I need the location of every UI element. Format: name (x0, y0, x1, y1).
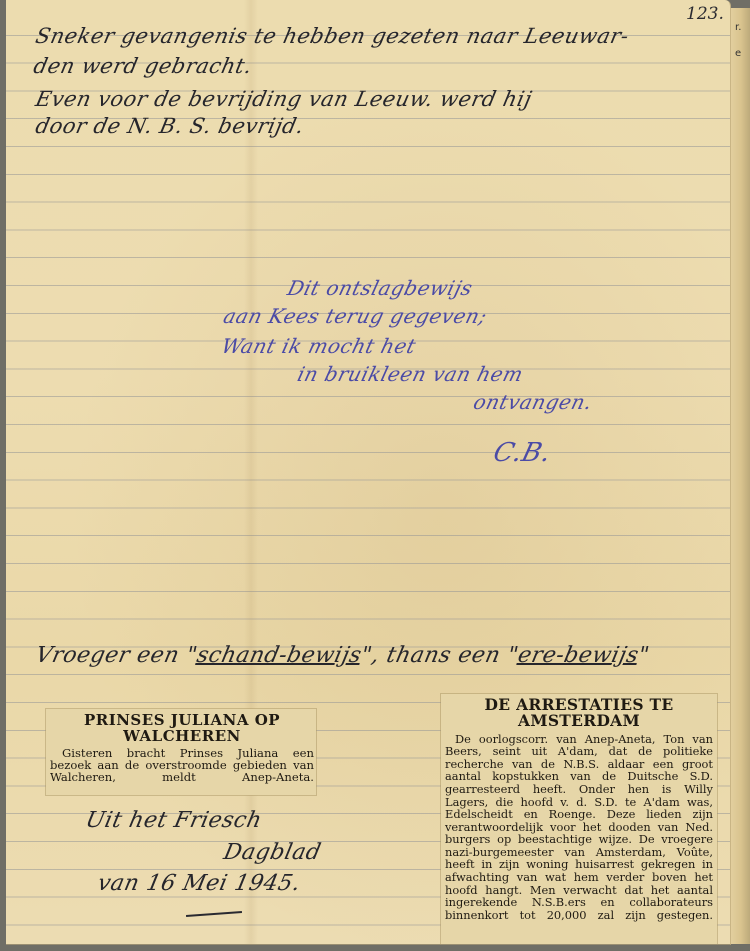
edge-mark: r. (735, 22, 741, 33)
paper-fold (244, 0, 258, 944)
motto-middle: ", thans een " (359, 643, 521, 668)
motto-line: Vroeger een "schand-bewijs", thans een "… (33, 643, 651, 668)
page-number: 123. (686, 4, 724, 24)
source-note-line: van 16 Mei 1945. (95, 871, 303, 896)
signature: C.B. (490, 438, 554, 468)
page-edge: r. e (730, 8, 750, 944)
violet-note-line: in bruikleen van hem (295, 362, 526, 386)
clipping-headline: DE ARRESTATIES TE AMSTERDAM (445, 697, 713, 730)
notebook-page: 123. Sneker gevangenis te hebben gezeten… (6, 0, 731, 945)
edge-mark: e (735, 48, 741, 59)
violet-note-line: aan Kees terug gegeven; (221, 304, 490, 328)
clipping-headline: PRINSES JULIANA OP WALCHEREN (50, 713, 314, 745)
handwritten-line: den werd gebracht. (31, 54, 254, 78)
clipping-body: Gisteren bracht Prinses Juliana een bezo… (50, 747, 314, 795)
violet-note-line: Want ik mocht het (219, 334, 419, 358)
handwritten-line: Sneker gevangenis te hebben gezeten naar… (33, 24, 631, 48)
motto-word-ere: ere-bewijs (516, 643, 641, 668)
violet-note-line: Dit ontslagbewijs (285, 276, 475, 300)
clipping-body: De oorlogscorr. van Anep-Aneta, Ton van … (445, 733, 713, 935)
source-note-line: Dagblad (221, 840, 323, 865)
newspaper-clipping-arrestaties: DE ARRESTATIES TE AMSTERDAM De oorlogsco… (441, 694, 717, 945)
newspaper-clipping-juliana: PRINSES JULIANA OP WALCHEREN Gisteren br… (46, 709, 316, 795)
motto-word-schand: schand-bewijs (194, 643, 363, 668)
handwritten-line: door de N. B. S. bevrijd. (33, 114, 306, 138)
source-note-line: Uit het Friesch (83, 808, 264, 833)
motto-prefix: Vroeger een " (33, 643, 199, 668)
violet-note-line: ontvangen. (471, 390, 595, 414)
handwritten-line: Even voor de bevrijding van Leeuw. werd … (33, 87, 534, 111)
